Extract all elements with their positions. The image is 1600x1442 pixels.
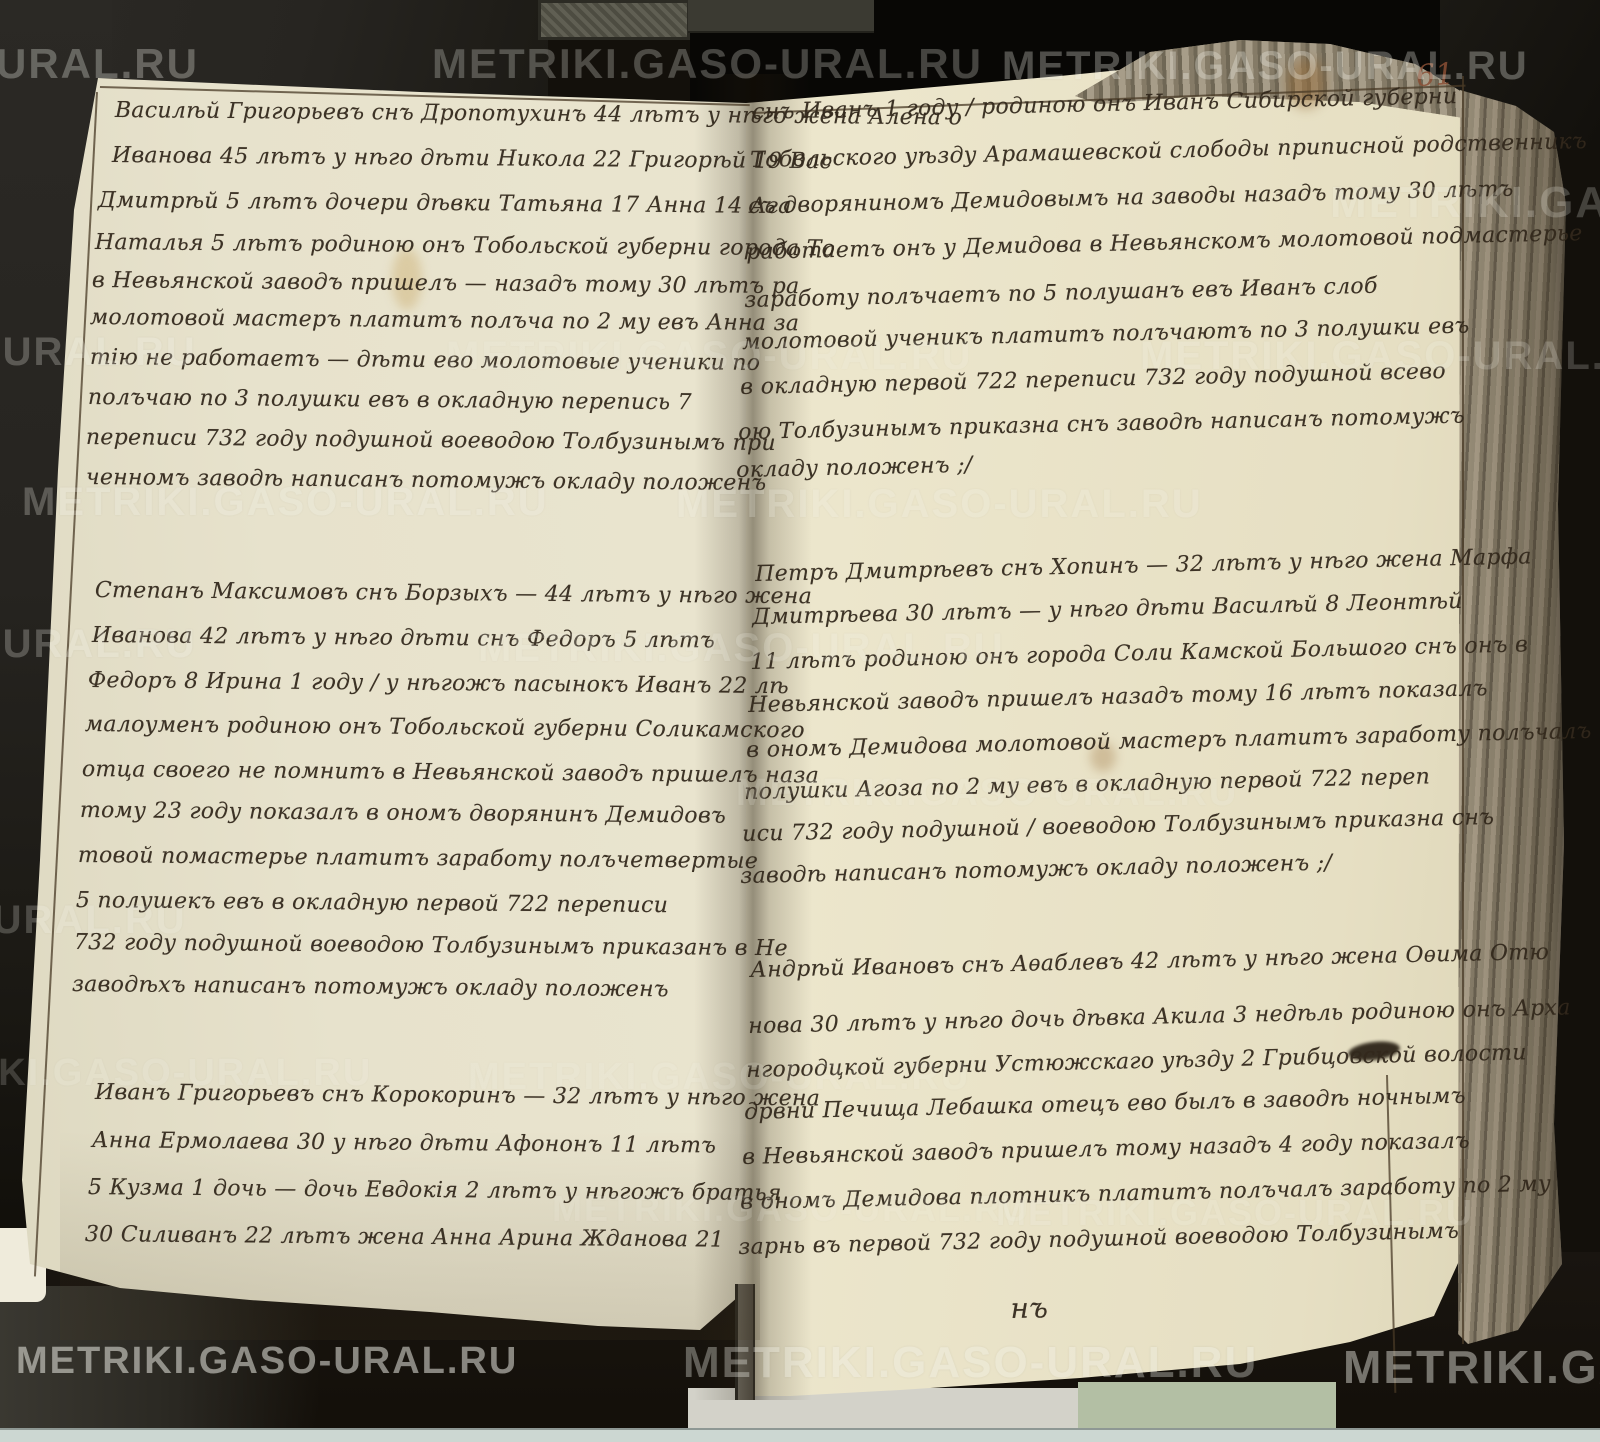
manuscript-scan: 61 Василѣй Григорьевъ снъ Дропотухинъ 44… — [0, 0, 1600, 1442]
table-front-edge — [0, 1428, 1600, 1442]
book-clamp-right — [688, 0, 874, 33]
paper-stain — [392, 248, 422, 310]
table-green-patch — [1078, 1382, 1336, 1434]
paper-stain — [1286, 58, 1326, 108]
background-bottom-left — [0, 1286, 320, 1442]
page-number: 61 — [1415, 57, 1456, 95]
paper-stain — [1090, 742, 1116, 772]
book-clamp-left — [538, 0, 690, 40]
page-stack-right-edge — [1458, 84, 1570, 1350]
book-spine-gap — [735, 1284, 755, 1400]
